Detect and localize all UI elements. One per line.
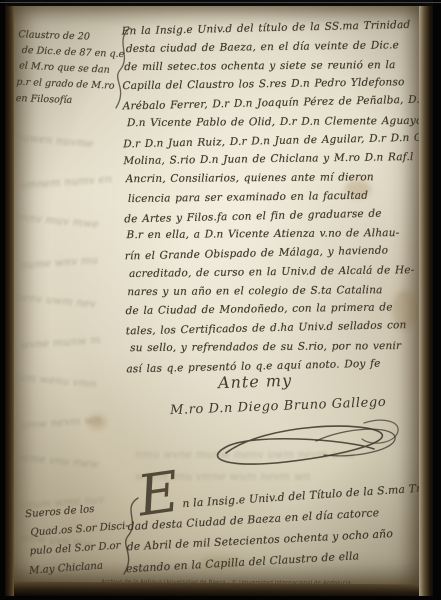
ante-mi-formula: Ante my xyxy=(218,371,293,393)
text-line: Ancrin, Consiliarios, quienes ante mí di… xyxy=(126,168,426,189)
text-line: de mill setec.tos ochenta y siete se reu… xyxy=(124,55,424,76)
scan-border-right xyxy=(433,0,441,600)
scan-border-highlight xyxy=(0,2,441,3)
entry-text-block-2: n la Insig.e Univ.d del Título de la S.m… xyxy=(122,479,426,580)
signature-rubric-flourish xyxy=(196,413,406,471)
scan-border-left xyxy=(0,0,5,600)
entry-text-block: En la Insig.e Univ.d del título de la SS… xyxy=(122,17,429,377)
show-through-text: muwen nuvmevmnem numv enwnnv muv mwenume… xyxy=(12,122,124,562)
book-edge-left xyxy=(4,5,14,597)
manuscript-scan: muwen nuvmevmnem numv enwnnv muv mwenume… xyxy=(0,0,441,600)
scan-border-top xyxy=(0,0,441,6)
book-edge-right xyxy=(419,5,434,597)
scan-border-bottom xyxy=(0,596,441,600)
text-line: nares y un año en el colegio de S.ta Cat… xyxy=(127,280,427,301)
